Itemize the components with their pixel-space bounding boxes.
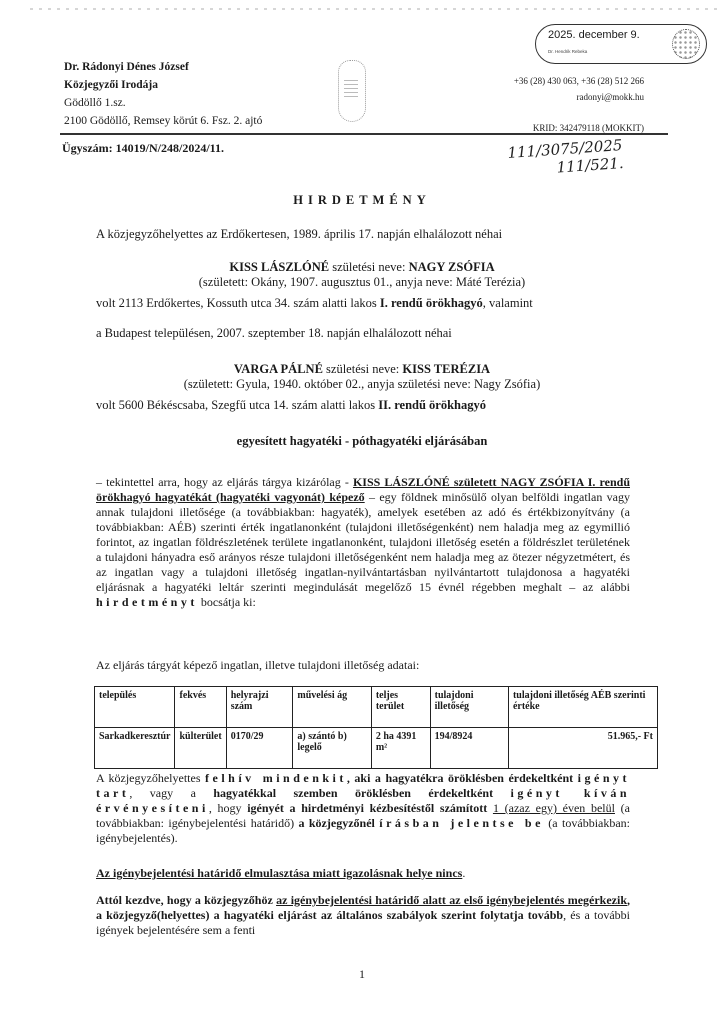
- scan-artifact: [30, 8, 720, 10]
- cell: 2 ha 4391 m²: [371, 728, 430, 769]
- cell: külterület: [175, 728, 226, 769]
- document-title: HIRDETMÉNY: [0, 193, 724, 208]
- decedent2: VARGA PÁLNÉ születési neve: KISS TERÉZIA…: [60, 362, 664, 392]
- text: hagyatékkal szemben öröklésben érdekeltk…: [213, 786, 510, 800]
- table-header-row: település fekvés helyrajzi szám művelési…: [95, 687, 658, 728]
- rank: II. rendű örökhagyó: [378, 398, 486, 412]
- header-cell: helyrajzi szám: [226, 687, 293, 728]
- label: születési neve:: [326, 362, 399, 376]
- decedent1-details: (született: Okány, 1907. augusztus 01., …: [60, 275, 664, 290]
- decedent1-residence: volt 2113 Erdőkertes, Kossuth utca 34. s…: [96, 296, 696, 311]
- received-stamp: 2025. december 9. Dr. Hendrik Rebeka: [535, 24, 707, 64]
- underlined-text: 1 (azaz egy) éven belül: [493, 801, 615, 815]
- handwritten-note: 111/3075/2025 111/521.: [507, 136, 624, 180]
- office-subtitle: Közjegyzői Irodája: [64, 76, 262, 94]
- decedent2-details: (született: Gyula, 1940. október 02., an…: [60, 377, 664, 392]
- cell: a) szántó b) legelő: [293, 728, 371, 769]
- rank: I. rendű örökhagyó: [380, 296, 483, 310]
- text: bocsátja ki:: [198, 595, 256, 609]
- decedent1-birth-name: NAGY ZSÓFIA: [409, 260, 495, 274]
- text: – tekintettel arra, hogy az eljárás tárg…: [96, 475, 353, 489]
- final-paragraph: Attól kezdve, hogy a közjegyzőhöz az igé…: [96, 893, 630, 938]
- spaced-text: felhív mindenkit: [205, 771, 347, 785]
- spaced-text: írásban jelentse be: [379, 816, 544, 830]
- phone: +36 (28) 430 063, +36 (28) 512 266: [514, 73, 644, 89]
- cell: Sarkadkeresztúr: [95, 728, 175, 769]
- label: születési neve:: [332, 260, 405, 274]
- page-number: 1: [0, 967, 724, 982]
- header-cell: fekvés: [175, 687, 226, 728]
- header-cell: teljes terület: [371, 687, 430, 728]
- text: a közjegyzőnél: [298, 816, 379, 830]
- underlined-text: az igénybejelentési határidő alatt az el…: [276, 893, 627, 907]
- spaced-text: hirdetményt: [96, 595, 198, 609]
- notice: Az igénybejelentési határidő elmulasztás…: [96, 866, 630, 881]
- decedent1: KISS LÁSZLÓNÉ születési neve: NAGY ZSÓFI…: [60, 260, 664, 290]
- header-cell: művelési ág: [293, 687, 371, 728]
- case-number: Ügyszám: 14019/N/248/2024/11.: [62, 141, 224, 156]
- seal-icon: [672, 29, 700, 59]
- office-header: Dr. Rádonyi Dénes József Közjegyzői Irod…: [64, 58, 262, 130]
- call-paragraph: A közjegyzőhelyettes felhív mindenkit, a…: [96, 771, 630, 846]
- header-cell: tulajdoni illetőség AÉB szerinti értéke: [508, 687, 657, 728]
- krid: KRID: 342479118 (MOKKIT): [533, 123, 644, 133]
- cell: 51.965,- Ft: [508, 728, 657, 769]
- text: – egy földnek minősülő olyan belföldi in…: [96, 490, 630, 594]
- header-divider: [60, 133, 668, 135]
- property-table: település fekvés helyrajzi szám művelési…: [94, 686, 658, 769]
- decedent2-birth-name: KISS TERÉZIA: [402, 362, 490, 376]
- text: , hogy: [209, 801, 247, 815]
- text: volt 5600 Békéscsaba, Szegfű utca 14. sz…: [96, 398, 378, 412]
- table-intro: Az eljárás tárgyát képező ingatlan, ille…: [96, 658, 630, 673]
- text: Attól kezdve, hogy a közjegyzőhöz: [96, 893, 276, 907]
- decedent1-name: KISS LÁSZLÓNÉ: [229, 260, 329, 274]
- text: igényét a hirdetményi kézbesítéstől szám…: [247, 801, 493, 815]
- office-seat: Gödöllő 1.sz.: [64, 94, 262, 112]
- coat-of-arms-icon: [338, 60, 366, 122]
- text: , vagy a: [129, 786, 213, 800]
- intro2: a Budapest településen, 2007. szeptember…: [96, 326, 696, 341]
- text: volt 2113 Erdőkertes, Kossuth utca 34. s…: [96, 296, 380, 310]
- text: , aki a hagyatékra öröklésben érdekeltké…: [347, 771, 578, 785]
- body-paragraph: – tekintettel arra, hogy az eljárás tárg…: [96, 475, 630, 610]
- text: A közjegyzőhelyettes: [96, 771, 205, 785]
- header-cell: település: [95, 687, 175, 728]
- decedent2-name: VARGA PÁLNÉ: [234, 362, 323, 376]
- table-row: Sarkadkeresztúr külterület 0170/29 a) sz…: [95, 728, 658, 769]
- contact-block: +36 (28) 430 063, +36 (28) 512 266 radon…: [514, 73, 644, 105]
- notice-text: Az igénybejelentési határidő elmulasztás…: [96, 866, 462, 880]
- email: radonyi@mokk.hu: [514, 89, 644, 105]
- office-name: Dr. Rádonyi Dénes József: [64, 58, 262, 76]
- decedent2-residence: volt 5600 Békéscsaba, Szegfű utca 14. sz…: [96, 398, 696, 413]
- procedure: egyesített hagyatéki - póthagyatéki eljá…: [60, 434, 664, 449]
- header-cell: tulajdoni illetőség: [430, 687, 508, 728]
- office-address: 2100 Gödöllő, Remsey körút 6. Fsz. 2. aj…: [64, 112, 262, 130]
- stamp-signer: Dr. Hendrik Rebeka: [548, 49, 587, 54]
- text: , valamint: [483, 296, 533, 310]
- stamp-date: 2025. december 9.: [548, 29, 640, 41]
- intro: A közjegyzőhelyettes az Erdőkertesen, 19…: [96, 227, 696, 242]
- cell: 194/8924: [430, 728, 508, 769]
- cell: 0170/29: [226, 728, 293, 769]
